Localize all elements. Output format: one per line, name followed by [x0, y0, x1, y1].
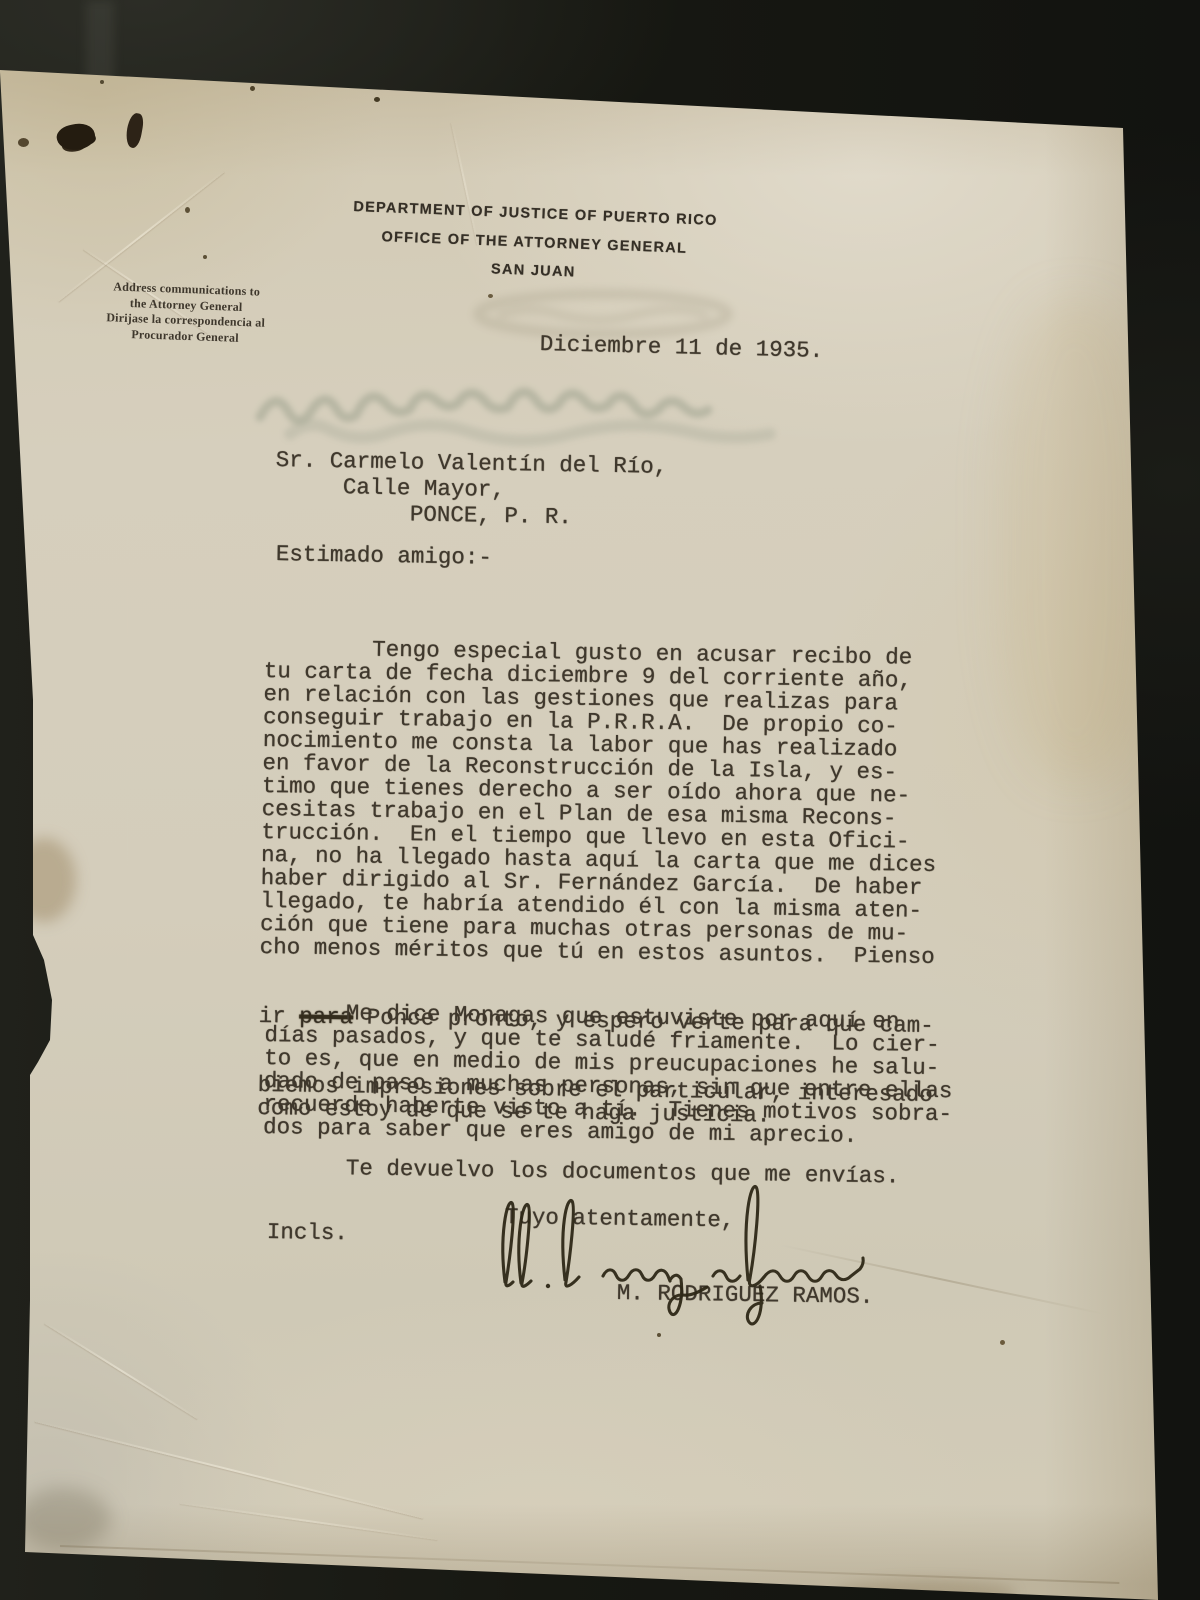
paper-speck	[250, 86, 255, 91]
address-note: Address communications tothe Attorney Ge…	[101, 279, 271, 347]
recipient-block: Sr. Carmelo Valentín del Río, Calle Mayo…	[275, 447, 668, 532]
ghost-bleedthrough-writing	[250, 372, 810, 450]
letter-paper: DEPARTMENT OF JUSTICE OF PUERTO RICO OFF…	[0, 0, 1200, 1600]
bottom-stain	[836, 1580, 1016, 1600]
paper-speck	[1000, 1340, 1005, 1345]
paragraph-1-lines: Tengo especial gusto en acusar recibo de…	[260, 637, 940, 969]
handwritten-signature	[455, 1158, 925, 1358]
aging-stain	[1000, 300, 1150, 780]
photo-of-letter: { "letterhead": { "department": "DEPARTM…	[0, 0, 1200, 1600]
paper-speck	[374, 97, 380, 102]
letterhead-block: DEPARTMENT OF JUSTICE OF PUERTO RICO OFF…	[307, 191, 762, 294]
edge-stain	[12, 838, 76, 922]
salutation: Estimado amigo:-	[276, 543, 492, 570]
corner-stain	[16, 1488, 111, 1550]
paragraph-2: Me dice Monagas que estuviste por aquí e…	[263, 1001, 954, 1149]
enclosures-note: Incls.	[267, 1221, 348, 1245]
paper-speck	[203, 255, 207, 259]
paper-speck	[100, 80, 104, 84]
paper-speck	[185, 207, 190, 213]
paper-speck	[488, 294, 493, 298]
paper-speck	[18, 138, 29, 147]
